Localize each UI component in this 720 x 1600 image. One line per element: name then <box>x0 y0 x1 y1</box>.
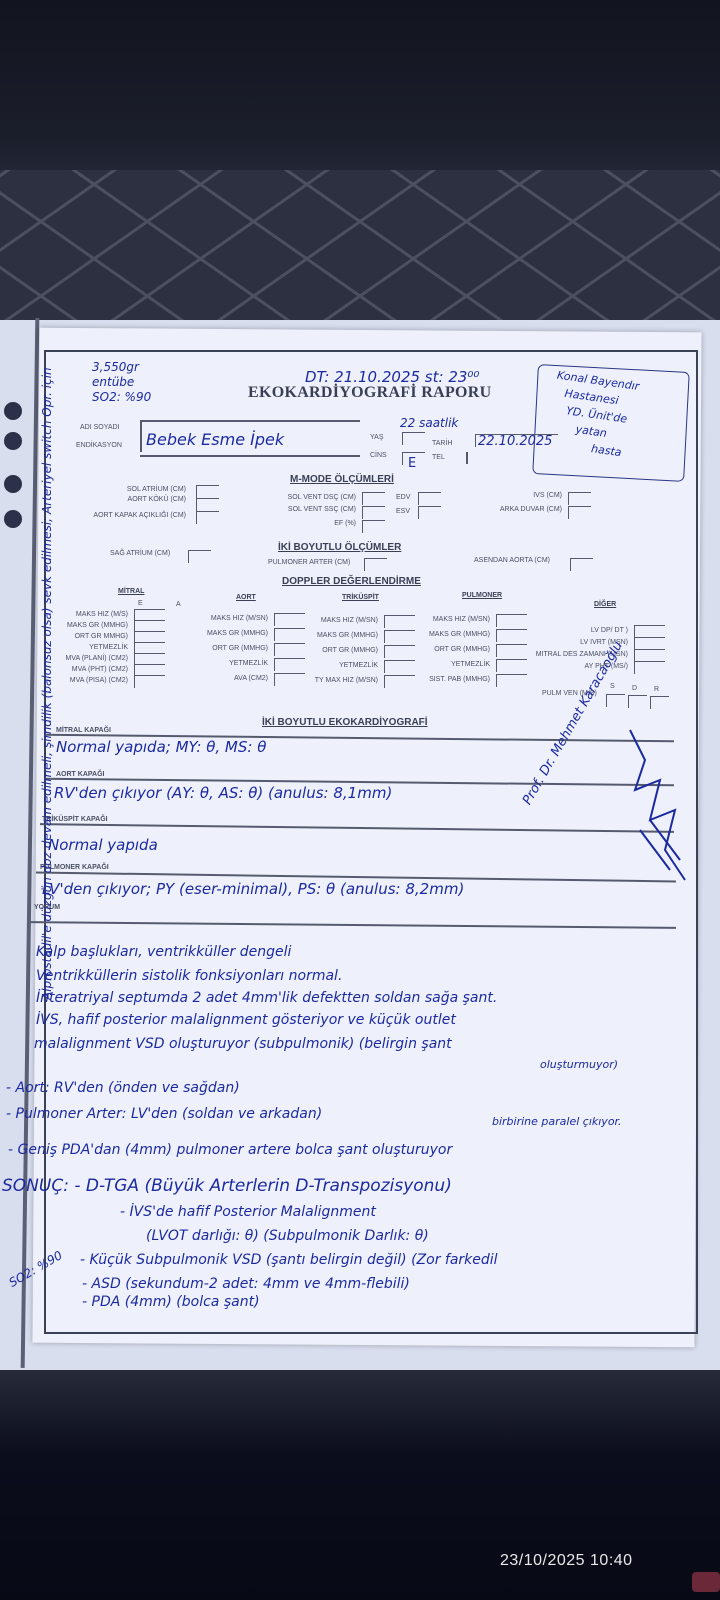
header-diger: DİĞER <box>594 601 616 608</box>
name-field-edge <box>140 420 142 452</box>
name-field-line <box>140 420 360 422</box>
mitral-row-label: MVA (PISA) (cm2) <box>18 677 128 684</box>
input-box <box>364 558 387 571</box>
yorum-line: İnteratriyal septumda 2 adet 4mm'lik def… <box>36 990 497 1006</box>
input-box <box>568 506 591 519</box>
trikuspit-row-label: YETMEZLİK <box>268 662 378 669</box>
sonuc-line: - İVS'de hafif Posterior Malalignment <box>120 1204 376 1220</box>
input-box <box>362 506 385 519</box>
yorum-line: Kalp başlukları, ventrikküller dengeli <box>36 944 291 960</box>
hospital-note: Konal Bayendır Hastanesi YD. Ünit'de yat… <box>546 367 640 463</box>
mitral-row-label: MVA (PHT) (cm2) <box>18 666 128 673</box>
section-iki-boyutlu-eko: İKİ BOYUTLU EKOKARDİYOGRAFİ <box>262 717 428 728</box>
label-mitral-a: A <box>176 601 181 608</box>
label-ef: EF (%) <box>270 520 356 527</box>
label-ivs: IVS (cm) <box>480 492 562 499</box>
patient-sex: E <box>408 456 416 471</box>
report-date: 22.10.2025 <box>478 434 552 449</box>
mitral-row-label: MAKS HIZ (m/s) <box>18 611 128 618</box>
yorum-line: Ventrikküllerin sistolik fonksiyonları n… <box>36 968 342 984</box>
tel-box <box>466 452 468 464</box>
header-pulmoner: PULMONER <box>462 592 502 599</box>
label-aort-kapak-acikligi: AORT KAPAK AÇIKLIĞI (cm) <box>60 512 186 519</box>
label-yas: YAŞ <box>370 434 384 441</box>
mitral-row-label: YETMEZLİK <box>18 644 128 651</box>
label-sol-atrium: SOL ATRİUM (cm) <box>110 486 186 493</box>
yorum-line: oluşturmuyor) <box>540 1058 618 1071</box>
input-box <box>496 614 527 627</box>
weight-note: 3,550gr entübe SO2: %90 <box>92 360 151 405</box>
label-mitral-e: E <box>138 600 143 607</box>
section-mmode: M-MODE ÖLÇÜMLERİ <box>290 474 394 485</box>
label-pulm-ven-s: S <box>610 683 615 690</box>
pulmoner-row-label: MAKS HIZ (m/sn) <box>380 616 490 623</box>
label-tel: TEL <box>432 454 445 461</box>
yas-box <box>402 432 425 445</box>
mitral-row-label: MAKS GR (mmHg) <box>18 622 128 629</box>
diger-row-label: LV dp/ dt ) <box>518 627 628 634</box>
endikasyon-field-line <box>140 455 360 457</box>
input-box <box>606 694 625 707</box>
sonuc-line: - Küçük Subpulmonik VSD (şantı belirgin … <box>80 1252 498 1268</box>
yorum-line: İVS, hafif posterior malalignment göster… <box>36 1012 456 1028</box>
aort-kapagi-value: RV'den çıkıyor (AY: θ, AS: θ) (anulus: 8… <box>54 784 392 802</box>
label-sol-vent-ssc: SOL VENT SSÇ (cm) <box>270 506 356 513</box>
pulmoner-row-label: YETMEZLİK <box>380 661 490 668</box>
input-box <box>650 696 669 709</box>
report-title: EKOKARDİYOGRAFİ RAPORU <box>248 384 492 402</box>
pulmoner-kapagi-value: LV'den çıkıyor; PY (eser-minimal), PS: θ… <box>42 880 464 898</box>
label-pulm-ven-d: D <box>632 685 637 692</box>
label-pulmoner-arter: PULMONER ARTER (cm) <box>268 559 350 566</box>
aort-row-label: AVA (cm2) <box>158 675 268 682</box>
pulmoner-row-label: ORT GR (mmHg) <box>380 646 490 653</box>
mitral-kapagi-value: Normal yapıda; MY: θ, MS: θ <box>56 738 266 756</box>
label-asendan-aorta: ASENDAN AORTA (cm) <box>474 557 550 564</box>
punch-hole <box>4 475 22 493</box>
car-seat-background <box>0 170 720 340</box>
input-box <box>628 695 647 708</box>
mitral-row-label: ORT GR mmHg) <box>18 633 128 640</box>
label-sol-vent-dsc: SOL VENT DSÇ (cm) <box>270 494 356 501</box>
input-box <box>634 661 665 674</box>
yorum-line: malalignment VSD oluşturuyor (subpulmoni… <box>34 1036 452 1052</box>
input-box <box>188 550 211 563</box>
label-adi-soyadi: ADI SOYADI <box>80 424 120 431</box>
input-box <box>568 492 591 505</box>
patient-name: Bebek Esme İpek <box>146 430 284 449</box>
sonuc-line: - PDA (4mm) (bolca şant) <box>82 1294 260 1310</box>
sonuc-line: SONUÇ: - D-TGA (Büyük Arterlerin D-Trans… <box>2 1176 452 1196</box>
input-box <box>418 506 441 519</box>
label-cins: CİNS <box>370 452 387 459</box>
label-edv: EDV <box>396 494 410 501</box>
header-aort: AORT <box>236 594 256 601</box>
input-box <box>418 492 441 505</box>
input-box <box>496 674 527 687</box>
trikuspit-row-label: MAKS HIZ (m/sn) <box>268 617 378 624</box>
aort-row-label: ORT GR (mmHg) <box>158 645 268 652</box>
label-pulm-ven-r: R <box>654 686 659 693</box>
yorum-line: - Aort: RV'den (önden ve sağdan) <box>6 1080 240 1096</box>
input-box <box>362 520 385 533</box>
punch-hole <box>4 510 22 528</box>
punch-hole <box>4 432 22 450</box>
header-trikuspit: TRİKÜSPİT <box>342 594 379 601</box>
label-esv: ESV <box>396 508 410 515</box>
input-box <box>196 485 219 498</box>
label-aort-koku: AORT KÖKÜ (cm) <box>110 496 186 503</box>
photo-timestamp: 23/10/2025 10:40 <box>500 1552 633 1570</box>
margin-note: Alprostadil'e düzgün doz devam edilmeli;… <box>40 367 54 1000</box>
label-tarih: TARİH <box>432 440 452 447</box>
signature-scribble <box>620 720 690 890</box>
trikuspit-row-label: TY MAX HIZ (m/sn) <box>268 677 378 684</box>
input-box <box>570 558 593 571</box>
section-doppler: DOPPLER DEĞERLENDİRME <box>282 576 421 587</box>
trikuspit-row-label: ORT GR (mmHg) <box>268 647 378 654</box>
trikuspit-row-label: MAKS GR (mmHg) <box>268 632 378 639</box>
yorum-line: - Geniş PDA'dan (4mm) pulmoner artere bo… <box>8 1142 452 1158</box>
section-iki-boyutlu-olcumler: İKİ BOYUTLU ÖLÇÜMLER <box>278 542 401 553</box>
mitral-row-label: MVA (PLANİ) (cm2) <box>18 655 128 662</box>
aort-row-label: YETMEZLİK <box>158 660 268 667</box>
sonuc-line: (LVOT darlığı: θ) (Subpulmonik Darlık: θ… <box>146 1228 429 1244</box>
header-mitral: MİTRAL <box>118 588 144 595</box>
patient-age: 22 saatlik <box>400 416 458 430</box>
aort-row-label: MAKS GR (mmHg) <box>158 630 268 637</box>
pulmoner-row-label: MAKS GR (mmHg) <box>380 631 490 638</box>
input-box <box>196 498 219 511</box>
label-arka-duvar: ARKA DUVAR (cm) <box>480 506 562 513</box>
aort-row-label: MAKS HIZ (m/sn) <box>158 615 268 622</box>
sonuc-line: - ASD (sekundum-2 adet: 4mm ve 4mm-flebi… <box>82 1276 410 1292</box>
label-sag-atrium: SAĞ ATRİUM (cm) <box>110 550 170 557</box>
pulmoner-row-label: Sist. PAB (mmHg) <box>380 676 490 683</box>
trikuspit-kapagi-value: Normal yapıda <box>48 836 158 854</box>
yorum-line: - Pulmoner Arter: LV'den (soldan ve arka… <box>6 1106 322 1122</box>
punch-hole <box>4 402 22 420</box>
yorum-line: birbirine paralel çıkıyor. <box>492 1115 622 1128</box>
input-box <box>196 511 219 524</box>
input-box <box>362 492 385 505</box>
label-endikasyon: ENDİKASYON <box>76 442 122 449</box>
camera-badge-icon <box>692 1572 720 1592</box>
